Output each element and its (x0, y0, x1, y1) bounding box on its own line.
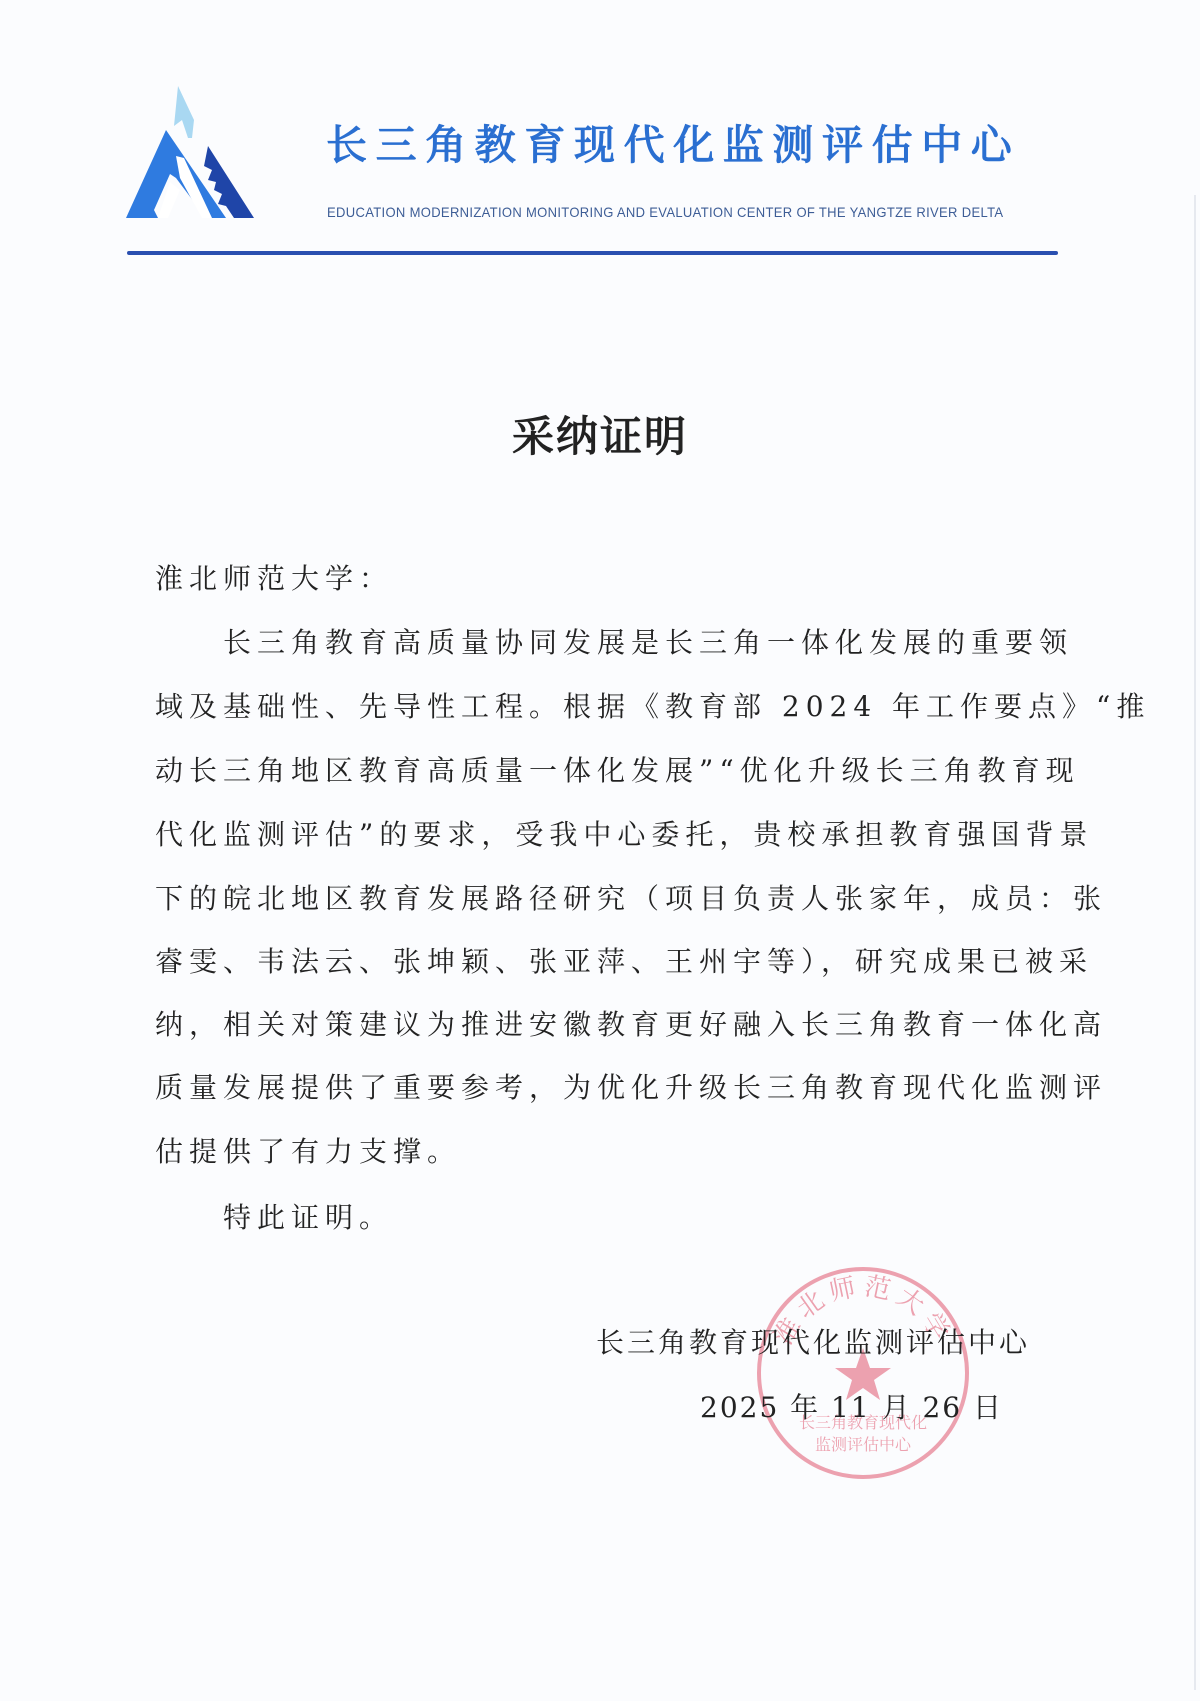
seal-inner-text-2: 监测评估中心 (815, 1435, 912, 1454)
body-line: 域及基础性、先导性工程。根据《教育部 2024 年工作要点》“推 (155, 687, 1055, 727)
body-line: 估提供了有力支撑。 (155, 1132, 1055, 1172)
body-line: 下的皖北地区教育发展路径研究（项目负责人张家年，成员：张 (155, 879, 1055, 919)
body-line: 质量发展提供了重要参考，为优化升级长三角教育现代化监测评 (155, 1068, 1055, 1108)
letterhead-org-name-en: EDUCATION MODERNIZATION MONITORING AND E… (327, 203, 1006, 221)
body-line: 睿雯、韦法云、张坤颖、张亚萍、王州宇等），研究成果已被采 (155, 942, 1055, 982)
body-line: 代化监测评估”的要求，受我中心委托，贵校承担教育强国背景 (155, 815, 1055, 855)
scan-edge-line (1194, 195, 1196, 1690)
body-line: 长三角教育高质量协同发展是长三角一体化发展的重要领 (155, 623, 1055, 663)
body-line: 纳，相关对策建议为推进安徽教育更好融入长三角教育一体化高 (155, 1005, 1055, 1045)
document-page: 长三角教育现代化监测评估中心 EDUCATION MODERNIZATION M… (0, 0, 1200, 1701)
mountain-triangle-logo-icon (122, 86, 258, 220)
letterhead-org-name-cn: 长三角教育现代化监测评估中心 (326, 120, 1056, 170)
document-title: 采纳证明 (0, 412, 1200, 462)
signature-date: 2025 年 11 月 26 日 (700, 1388, 1060, 1428)
salutation: 淮北师范大学： (155, 559, 1055, 599)
body-line: 动长三角地区教育高质量一体化发展”“优化升级长三角教育现 (155, 751, 1055, 791)
official-seal-stamp: 淮北师范大学 长三角教育现代化 监测评估中心 (752, 1262, 974, 1484)
signature-organization: 长三角教育现代化监测评估中心 (596, 1323, 1066, 1363)
letterhead-divider (127, 251, 1058, 255)
closing-line: 特此证明。 (155, 1198, 1055, 1238)
